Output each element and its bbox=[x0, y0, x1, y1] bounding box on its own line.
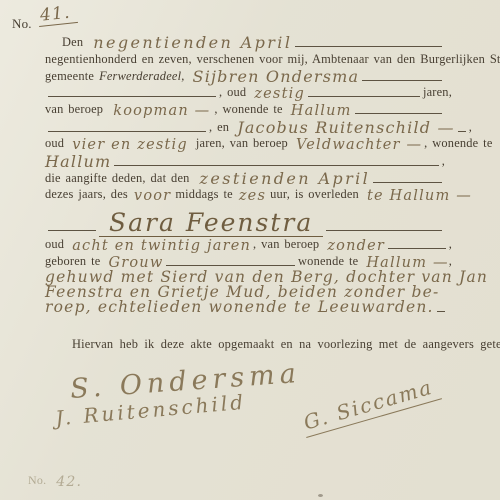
line-age2: oud vier en zestig jaren, van beroep Vel… bbox=[45, 136, 462, 151]
line-date: Den negentienden April bbox=[62, 34, 445, 50]
printed-declaration: die aangifte deden, dat den bbox=[45, 171, 190, 186]
printed-oud3: oud bbox=[45, 237, 64, 252]
printed-en: , en bbox=[209, 120, 229, 135]
death-certificate-page: No. 41. Den negentienden April negentien… bbox=[0, 0, 500, 500]
blank-rule bbox=[48, 131, 206, 132]
blank-rule bbox=[326, 230, 442, 231]
blank-rule bbox=[308, 96, 420, 97]
printed-oud1: , oud bbox=[219, 85, 246, 100]
printed-gemeente: gemeente bbox=[45, 69, 94, 84]
line-age1: , oud zestig jaren, bbox=[45, 85, 452, 100]
line-age3: oud acht en twintig jaren , van beroep z… bbox=[45, 237, 452, 252]
hand-occupation3: zonder bbox=[327, 239, 385, 254]
hand-age1: zestig bbox=[254, 87, 305, 102]
line-deceased-name: Sara Feenstra bbox=[45, 206, 445, 236]
line-family3: roep, echtelieden wonende te Leeuwarden. bbox=[45, 299, 445, 315]
blank-rule bbox=[48, 96, 216, 97]
hand-place2: Hallum bbox=[45, 154, 111, 170]
printed-den: Den bbox=[62, 35, 83, 50]
printed-comma-born: , bbox=[449, 254, 452, 269]
hand-place1: Hallum bbox=[291, 104, 352, 119]
printed-wonende1: , wonende te bbox=[214, 102, 282, 117]
blank-rule bbox=[437, 311, 445, 312]
printed-wonende3: wonende te bbox=[298, 254, 358, 269]
blank-rule bbox=[295, 46, 442, 47]
hand-declarant2-name: Jacobus Ruitenschild — bbox=[237, 120, 455, 136]
hand-declarant1-name: Sijbren Ondersma bbox=[193, 69, 360, 85]
printed-geboren: geboren te bbox=[45, 254, 100, 269]
printed-time-1: dezes jaars, des bbox=[45, 187, 128, 202]
hand-occupation2: Veldwachter — bbox=[296, 138, 422, 153]
deceased-name: Sara Feenstra bbox=[99, 210, 323, 237]
hand-occupation1: koopman — bbox=[113, 104, 210, 119]
printed-comma-p2: , bbox=[442, 154, 445, 169]
blank-rule bbox=[166, 265, 295, 266]
blank-rule bbox=[373, 182, 442, 183]
hand-family3: roep, echtelieden wonende te Leeuwarden. bbox=[45, 300, 434, 316]
line-born: geboren te Grouw wonende te Hallum — , bbox=[45, 254, 452, 269]
printed-oud2: oud bbox=[45, 136, 64, 151]
hand-age3: acht en twintig jaren bbox=[72, 239, 251, 254]
printed-year-text: negentienhonderd en zeven, verschenen vo… bbox=[45, 52, 500, 67]
line-declaration: die aangifte deden, dat den zestienden A… bbox=[45, 170, 445, 186]
hand-age2: vier en zestig bbox=[72, 138, 188, 153]
printed-beroep1: van beroep bbox=[45, 102, 103, 117]
line-witness2: , en Jacobus Ruitenschild — , bbox=[45, 119, 445, 135]
line-year: negentienhonderd en zeven, verschenen vo… bbox=[45, 52, 472, 67]
blank-rule bbox=[388, 248, 446, 249]
blank-rule bbox=[362, 80, 442, 81]
printed-time-2: middags te bbox=[175, 187, 233, 202]
line-closing: Hiervan heb ik deze akte opgemaakt en na… bbox=[72, 337, 488, 352]
next-record-value: 42. bbox=[56, 475, 82, 489]
blank-rule bbox=[114, 165, 438, 166]
record-number-label: No. bbox=[12, 16, 32, 32]
next-record-label: No. bbox=[28, 473, 46, 488]
printed-mid2: jaren, van beroep bbox=[196, 136, 288, 151]
printed-comma-w2: , bbox=[469, 120, 472, 135]
blank-rule bbox=[48, 230, 96, 231]
record-number-value-wrap: 41. bbox=[37, 3, 77, 26]
line-occupation1: van beroep koopman — , wonende te Hallum bbox=[45, 102, 445, 117]
ink-speck bbox=[318, 494, 323, 497]
hand-death-place: te Hallum — bbox=[367, 189, 472, 204]
printed-time-3: uur, is overleden bbox=[270, 187, 359, 202]
hand-date: negentienden April bbox=[93, 35, 292, 51]
signature-registrar: G. Siccama bbox=[299, 373, 442, 438]
line-place2: Hallum , bbox=[45, 153, 445, 169]
record-number: No. bbox=[12, 16, 32, 32]
hand-daypart: voor bbox=[134, 189, 171, 204]
record-number-value: 41. bbox=[37, 4, 77, 27]
hand-death-date: zestienden April bbox=[200, 171, 371, 187]
blank-rule bbox=[458, 131, 466, 132]
line-time: dezes jaars, des voor middags te zes uur… bbox=[45, 187, 460, 202]
line-municipality: gemeente Ferwerderadeel, Sijbren Ondersm… bbox=[45, 68, 445, 84]
blank-rule bbox=[355, 113, 442, 114]
printed-end2: , wonende te bbox=[424, 136, 492, 151]
hand-hour: zes bbox=[239, 189, 266, 204]
next-record-number: No. 42. bbox=[28, 473, 82, 488]
printed-closing: Hiervan heb ik deze akte opgemaakt en na… bbox=[72, 337, 500, 352]
printed-jaren1: jaren, bbox=[423, 85, 452, 100]
printed-municipality-name: Ferwerderadeel, bbox=[99, 69, 184, 84]
printed-beroep3: , van beroep bbox=[253, 237, 319, 252]
printed-comma-a3: , bbox=[449, 237, 452, 252]
